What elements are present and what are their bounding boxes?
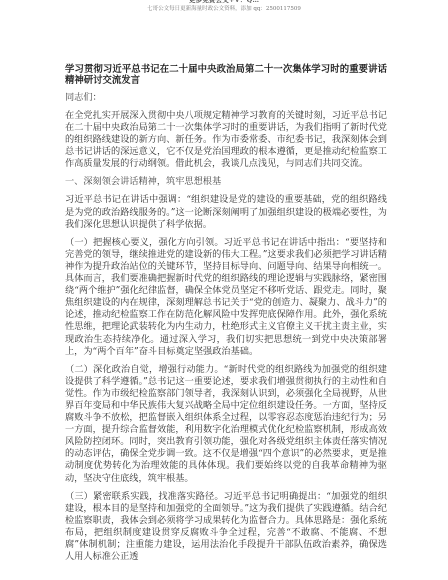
- intro-paragraph: 在全党扎实开展深入贯彻中央八项规定精神学习教育的关键时刻，习近平总书记在二十届中…: [65, 110, 387, 170]
- salutation: 同志们：: [65, 92, 387, 104]
- point-1-paragraph: （一）把握核心要义，强化方向引领。习近平总书记在讲话中指出：“要坚持和完善党的领…: [65, 237, 387, 358]
- page-header: 更多免费公文+V：Q… 七哥公文每日更新海量时政公文资料，添加 qq：25001…: [0, 0, 448, 14]
- section-heading-1: 一、深刻领会讲话精神，筑牢思想根基: [65, 176, 387, 188]
- header-info-line: 七哥公文每日更新海量时政公文资料，添加 qq：2500117509: [0, 5, 448, 14]
- point-3-paragraph: （三）紧密联系实践，找准落实路径。习近平总书记明确提出：“加强党的组织建设，根本…: [65, 491, 387, 564]
- section-1-intro-paragraph: 习近平总书记在讲话中强调：“组织建设是党的建设的重要基础，党的组织路线是为党的政…: [65, 194, 387, 230]
- point-2-paragraph: （二）深化政治自觉，增强行动能力。“新时代党的组织路线为加强党的组织建设提供了科…: [65, 364, 387, 485]
- document-title: 学习贯彻习近平总书记在二十届中央政治局第二十一次集体学习时的重要讲话精神研讨交流…: [65, 64, 387, 86]
- document-body: 学习贯彻习近平总书记在二十届中央政治局第二十一次集体学习时的重要讲话精神研讨交流…: [65, 64, 387, 569]
